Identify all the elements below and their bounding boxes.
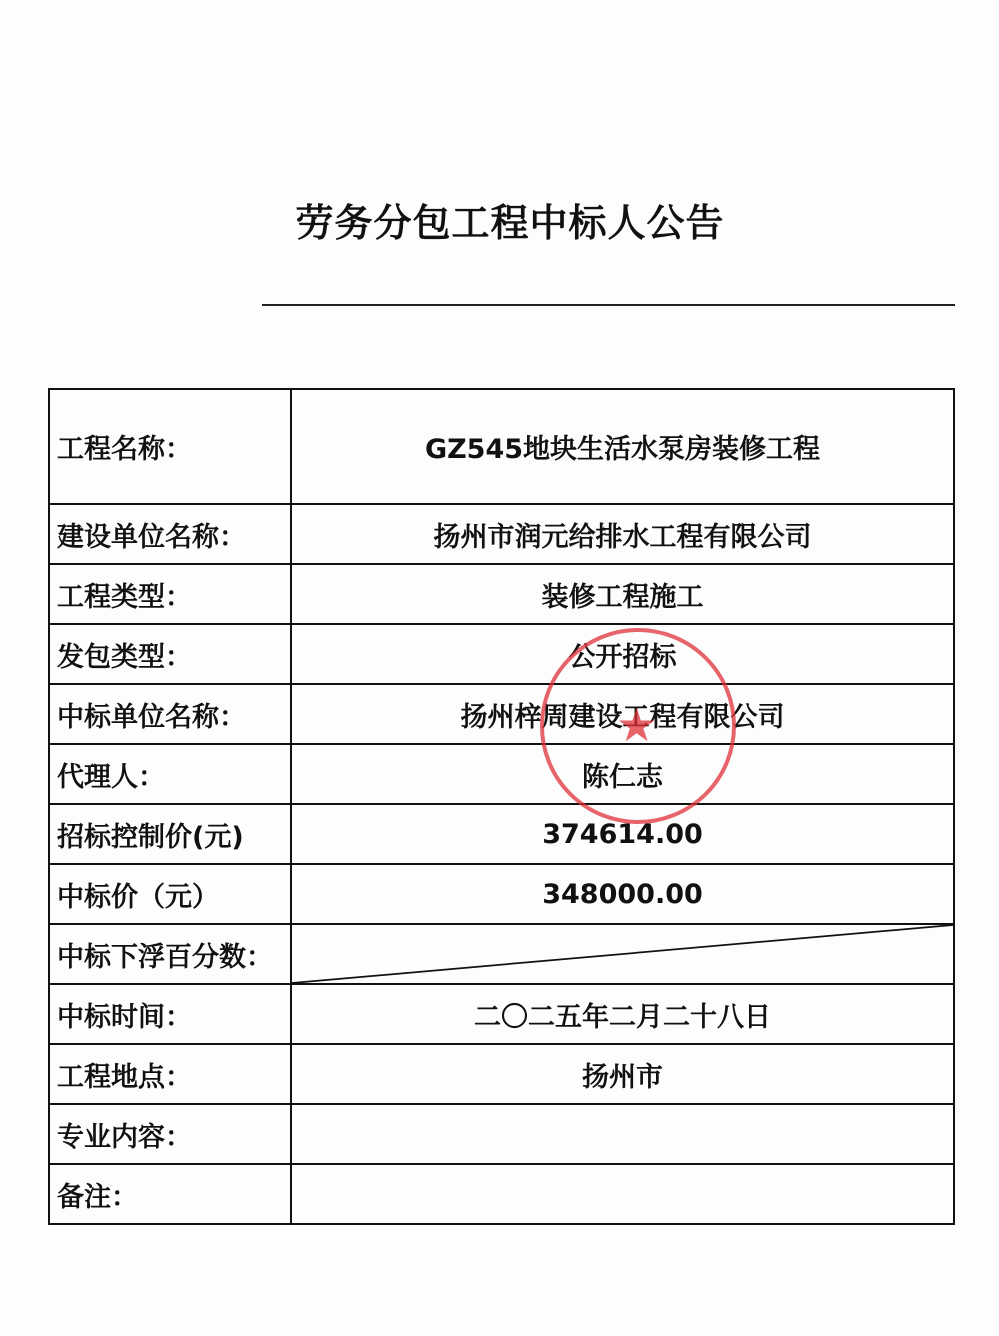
table-row: 发包类型： 公开招标 <box>49 624 954 684</box>
row-label: 备注： <box>49 1164 291 1224</box>
row-value: 348000.00 <box>291 864 954 924</box>
row-value: 陈仁志 <box>291 744 954 804</box>
table-row: 建设单位名称： 扬州市润元给排水工程有限公司 <box>49 504 954 564</box>
row-label: 中标价（元） <box>49 864 291 924</box>
table-row: 工程类型： 装修工程施工 <box>49 564 954 624</box>
row-value: GZ545地块生活水泵房装修工程 <box>291 389 954 504</box>
table-row: 中标时间： 二〇二五年二月二十八日 <box>49 984 954 1044</box>
row-value: 公开招标 <box>291 624 954 684</box>
table-row: 招标控制价(元) 374614.00 <box>49 804 954 864</box>
table-row: 备注： <box>49 1164 954 1224</box>
title-divider <box>262 304 955 306</box>
row-value: 374614.00 <box>291 804 954 864</box>
table-row: 中标单位名称： 扬州梓周建设工程有限公司 <box>49 684 954 744</box>
row-label: 工程类型： <box>49 564 291 624</box>
row-label: 代理人： <box>49 744 291 804</box>
row-value: 扬州市润元给排水工程有限公司 <box>291 504 954 564</box>
diagonal-strike <box>292 925 953 983</box>
document-title: 劳务分包工程中标人公告 <box>0 192 999 247</box>
row-label: 中标单位名称： <box>49 684 291 744</box>
row-label: 中标下浮百分数： <box>49 924 291 984</box>
row-label: 发包类型： <box>49 624 291 684</box>
row-label: 工程地点： <box>49 1044 291 1104</box>
row-value <box>291 1104 954 1164</box>
table-row: 专业内容： <box>49 1104 954 1164</box>
row-value: 扬州梓周建设工程有限公司 <box>291 684 954 744</box>
row-label: 工程名称： <box>49 389 291 504</box>
table-row: 代理人： 陈仁志 <box>49 744 954 804</box>
row-value: 二〇二五年二月二十八日 <box>291 984 954 1044</box>
row-value: 装修工程施工 <box>291 564 954 624</box>
row-value <box>291 1164 954 1224</box>
table-row: 工程名称： GZ545地块生活水泵房装修工程 <box>49 389 954 504</box>
row-value: 扬州市 <box>291 1044 954 1104</box>
row-label: 招标控制价(元) <box>49 804 291 864</box>
row-label: 建设单位名称： <box>49 504 291 564</box>
announcement-table: 工程名称： GZ545地块生活水泵房装修工程 建设单位名称： 扬州市润元给排水工… <box>48 388 955 1225</box>
table-row: 中标下浮百分数： <box>49 924 954 984</box>
row-label: 专业内容： <box>49 1104 291 1164</box>
table-row: 中标价（元） 348000.00 <box>49 864 954 924</box>
row-value-crossed <box>291 924 954 984</box>
table-row: 工程地点： 扬州市 <box>49 1044 954 1104</box>
row-label: 中标时间： <box>49 984 291 1044</box>
